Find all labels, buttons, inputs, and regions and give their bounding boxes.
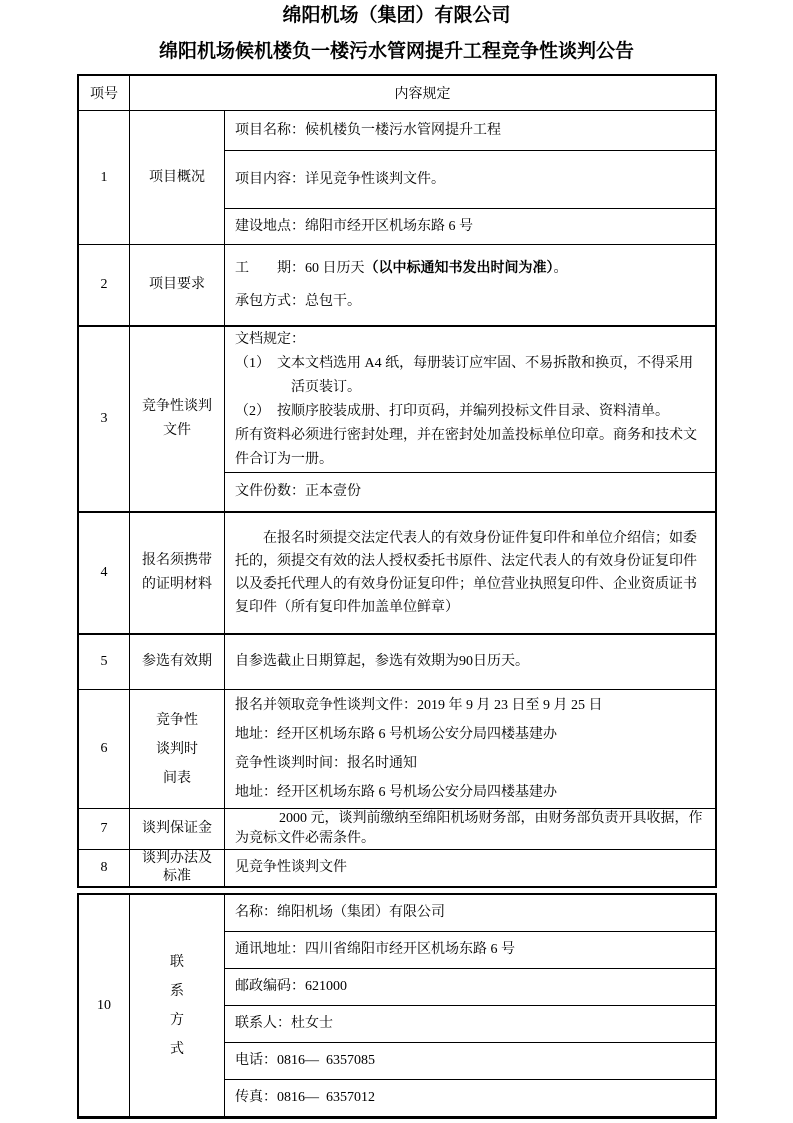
project-location-cell: 建设地点：绵阳市经开区机场东路 6 号 (225, 208, 715, 244)
row-2-no: 2 (79, 245, 130, 325)
sign-up-period-line: 报名并领取竞争性谈判文件：2019 年 9 月 23 日至 9 月 25 日 (235, 691, 705, 720)
row-evaluation-method: 8 谈判办法及 标准 见竞争性谈判文件 (79, 849, 715, 886)
negotiation-time-line: 竞争性谈判时间：报名时通知 (235, 749, 705, 778)
contact-name-cell: 名称：绵阳机场（集团）有限公司 (225, 895, 715, 931)
row-7-label: 谈判保证金 (130, 809, 225, 849)
row-negotiation-documents: 3 竞争性谈判 文件 文档规定： （1） 文本文档选用 A4 纸，每册装订应牢固… (79, 325, 715, 511)
row-1-label: 项目概况 (130, 111, 225, 244)
row-8-label: 谈判办法及 标准 (130, 850, 225, 886)
contract-mode-line: 承包方式：总包干。 (235, 291, 705, 312)
announcement-page: 绵阳机场（集团）有限公司 绵阳机场候机楼负一楼污水管网提升工程竞争性谈判公告 项… (0, 0, 793, 1123)
row-10-label: 联 系 方 式 (130, 895, 225, 1116)
row-6-label: 竞争性 谈判时 间表 (130, 690, 225, 808)
row-3-no: 3 (79, 327, 130, 511)
row-6-no: 6 (79, 690, 130, 808)
row-4-no: 4 (79, 513, 130, 633)
row-7-no: 7 (79, 809, 130, 849)
copies-cell: 文件份数：正本壹份 (225, 472, 715, 511)
row-10-no: 10 (79, 895, 130, 1116)
content-header: 内容规定 (130, 76, 715, 110)
row-5-no: 5 (79, 635, 130, 689)
negotiation-address-line: 地址：经开区机场东路 6 号机场公安分局四楼基建办 (235, 778, 705, 807)
materials-text: 在报名时须提交法定代表人的有效身份证件复印件和单位介绍信；如委托的，须提交有效的… (235, 527, 705, 619)
table-header-row: 项号 内容规定 (79, 76, 715, 110)
duration-bold-note: （以中标通知书发出时间为准） (365, 261, 554, 276)
phone-cell: 电话：0816— 6357085 (225, 1042, 715, 1079)
document-rules-cell: 文档规定： （1） 文本文档选用 A4 纸，每册装订应牢固、不易拆散和换页，不得… (225, 327, 715, 472)
contact-table: 10 联 系 方 式 名称：绵阳机场（集团）有限公司 通讯地址：四川省绵阳市经开… (77, 893, 717, 1119)
row-5-label: 参选有效期 (130, 635, 225, 689)
evaluation-text: 见竞争性谈判文件 (235, 858, 705, 878)
row-8-no: 8 (79, 850, 130, 886)
company-title: 绵阳机场（集团）有限公司 (0, 4, 793, 28)
deposit-text: 2000 元，谈判前缴纳至绵阳机场财务部，由财务部负责开具收据，作为竞标文件必需… (235, 809, 705, 849)
row-1-no: 1 (79, 111, 130, 244)
seal-note-line: 所有资料必须进行密封处理，并在密封处加盖投标单位印章。商务和技术文件合订为一册。 (235, 424, 705, 472)
rule-clause-1: （1） 文本文档选用 A4 纸，每册装订应牢固、不易拆散和换页，不得采用活页装订… (291, 352, 705, 400)
rule-clause-2: （2） 按顺序胶装成册、打印页码，并编列投标文件目录、资料清单。 (291, 400, 705, 424)
main-table: 项号 内容规定 1 项目概况 项目名称：候机楼负一楼污水管网提升工程 项目内容：… (77, 74, 717, 888)
row-2-label: 项目要求 (130, 245, 225, 325)
rule-title-line: 文档规定： (235, 328, 705, 352)
row-3-label: 竞争性谈判 文件 (130, 327, 225, 511)
contact-person-cell: 联系人：杜女士 (225, 1005, 715, 1042)
project-name-cell: 项目名称：候机楼负一楼污水管网提升工程 (225, 111, 715, 150)
duration-line: 工 期：60 日历天（以中标通知书发出时间为准）。 (235, 258, 705, 279)
row-deposit: 7 谈判保证金 2000 元，谈判前缴纳至绵阳机场财务部，由财务部负责开具收据，… (79, 808, 715, 849)
row-validity-period: 5 参选有效期 自参选截止日期算起，参选有效期为90日历天。 (79, 633, 715, 689)
validity-text: 自参选截止日期算起，参选有效期为90日历天。 (235, 652, 705, 672)
contact-address-cell: 通讯地址：四川省绵阳市经开区机场东路 6 号 (225, 931, 715, 968)
project-content-cell: 项目内容：详见竞争性谈判文件。 (225, 150, 715, 208)
row-project-overview: 1 项目概况 项目名称：候机楼负一楼污水管网提升工程 项目内容：详见竞争性谈判文… (79, 110, 715, 244)
row-project-requirements: 2 项目要求 工 期：60 日历天（以中标通知书发出时间为准）。 承包方式：总包… (79, 244, 715, 325)
announcement-title: 绵阳机场候机楼负一楼污水管网提升工程竞争性谈判公告 (0, 40, 793, 64)
fax-cell: 传真：0816— 6357012 (225, 1079, 715, 1116)
postal-code-cell: 邮政编码：621000 (225, 968, 715, 1005)
item-no-header: 项号 (79, 76, 130, 110)
row-negotiation-schedule: 6 竞争性 谈判时 间表 报名并领取竞争性谈判文件：2019 年 9 月 23 … (79, 689, 715, 808)
sign-up-address-line: 地址：经开区机场东路 6 号机场公安分局四楼基建办 (235, 720, 705, 749)
row-registration-materials: 4 报名须携带 的证明材料 在报名时须提交法定代表人的有效身份证件复印件和单位介… (79, 511, 715, 633)
row-4-label: 报名须携带 的证明材料 (130, 513, 225, 633)
